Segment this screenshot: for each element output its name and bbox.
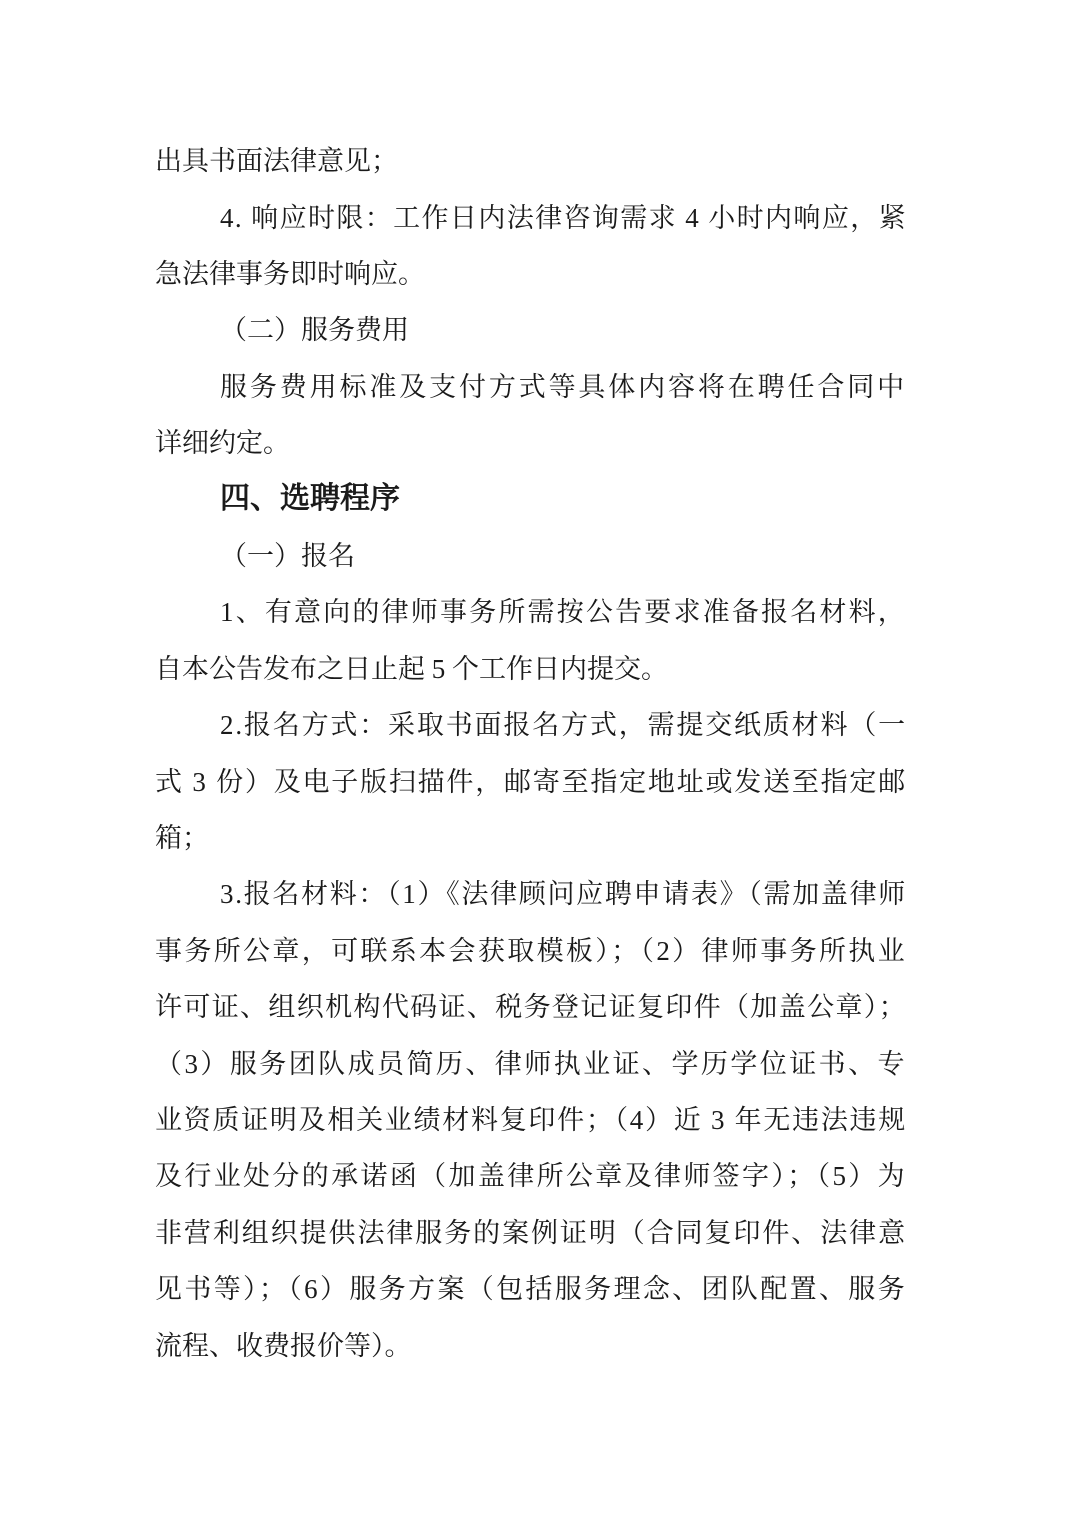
- text-line-content: 流程、收费报价等）。: [155, 1324, 412, 1363]
- text-line-content: 急法律事务即时响应。: [155, 252, 425, 291]
- text-line-content: 2.报名方式：采取书面报名方式，需提交纸质材料（一: [220, 703, 907, 742]
- text-line-content: 非营利组织提供法律服务的案例证明（合同复印件、法律意: [155, 1211, 907, 1250]
- paragraph-text-line: 流程、收费报价等）。: [155, 1312, 907, 1368]
- text-line-content: 服务费用标准及支付方式等具体内容将在聘任合同中: [220, 365, 907, 404]
- paragraph-text-line: 出具书面法律意见；: [155, 128, 907, 184]
- paragraph-text-line: 详细约定。: [155, 410, 907, 466]
- document-page: 出具书面法律意见；4. 响应时限：工作日内法律咨询需求 4 小时内响应，紧急法律…: [0, 0, 1074, 1520]
- text-line-content: 及行业处分的承诺函（加盖律所公章及律师签字）；（5）为: [155, 1154, 907, 1193]
- text-line-content: 详细约定。: [155, 421, 290, 460]
- paragraph-text-line: 式 3 份）及电子版扫描件，邮寄至指定地址或发送至指定邮: [155, 748, 907, 804]
- text-line-content: 箱；: [155, 816, 209, 855]
- text-line-content: 出具书面法律意见；: [155, 139, 398, 178]
- paragraph-text-line: 1、有意向的律师事务所需按公告要求准备报名材料，: [155, 579, 907, 635]
- paragraph-text-line: 急法律事务即时响应。: [155, 241, 907, 297]
- text-line-content: 四、选聘程序: [220, 473, 400, 517]
- text-line-content: 1、有意向的律师事务所需按公告要求准备报名材料，: [220, 590, 907, 629]
- paragraph-text-line: （一）报名: [155, 523, 907, 579]
- paragraph-text-line: 见书等）；（6）服务方案（包括服务理念、团队配置、服务: [155, 1256, 907, 1312]
- paragraph-text-line: 及行业处分的承诺函（加盖律所公章及律师签字）；（5）为: [155, 1143, 907, 1199]
- text-line-content: （二）服务费用: [220, 308, 409, 347]
- paragraph-text-line: 3.报名材料：（1）《法律顾问应聘申请表》（需加盖律师: [155, 861, 907, 917]
- text-line-content: 式 3 份）及电子版扫描件，邮寄至指定地址或发送至指定邮: [155, 760, 907, 799]
- text-line-content: 业资质证明及相关业绩材料复印件；（4）近 3 年无违法违规: [155, 1098, 907, 1137]
- text-line-content: （3）服务团队成员简历、律师执业证、学历学位证书、专: [155, 1042, 907, 1081]
- paragraph-text-line: 4. 响应时限：工作日内法律咨询需求 4 小时内响应，紧: [155, 184, 907, 240]
- text-line-content: （一）报名: [220, 534, 355, 573]
- paragraph-text-line: 事务所公章，可联系本会获取模板）；（2）律师事务所执业: [155, 917, 907, 973]
- section-heading: 四、选聘程序: [155, 466, 907, 522]
- paragraph-text-line: （二）服务费用: [155, 297, 907, 353]
- paragraph-text-line: 2.报名方式：采取书面报名方式，需提交纸质材料（一: [155, 692, 907, 748]
- paragraph-text-line: 业资质证明及相关业绩材料复印件；（4）近 3 年无违法违规: [155, 1087, 907, 1143]
- paragraph-text-line: 箱；: [155, 805, 907, 861]
- paragraph-text-line: 服务费用标准及支付方式等具体内容将在聘任合同中: [155, 354, 907, 410]
- text-line-content: 自本公告发布之日止起 5 个工作日内提交。: [155, 647, 668, 686]
- paragraph-text-line: 许可证、组织机构代码证、税务登记证复印件（加盖公章）；: [155, 974, 907, 1030]
- text-line-content: 许可证、组织机构代码证、税务登记证复印件（加盖公章）；: [155, 985, 907, 1024]
- text-line-content: 见书等）；（6）服务方案（包括服务理念、团队配置、服务: [155, 1267, 907, 1306]
- paragraph-text-line: （3）服务团队成员简历、律师执业证、学历学位证书、专: [155, 1030, 907, 1086]
- text-line-content: 3.报名材料：（1）《法律顾问应聘申请表》（需加盖律师: [220, 872, 907, 911]
- text-line-content: 事务所公章，可联系本会获取模板）；（2）律师事务所执业: [155, 929, 907, 968]
- document-text-block: 出具书面法律意见；4. 响应时限：工作日内法律咨询需求 4 小时内响应，紧急法律…: [155, 128, 907, 1369]
- text-line-content: 4. 响应时限：工作日内法律咨询需求 4 小时内响应，紧: [220, 196, 907, 235]
- paragraph-text-line: 非营利组织提供法律服务的案例证明（合同复印件、法律意: [155, 1199, 907, 1255]
- paragraph-text-line: 自本公告发布之日止起 5 个工作日内提交。: [155, 636, 907, 692]
